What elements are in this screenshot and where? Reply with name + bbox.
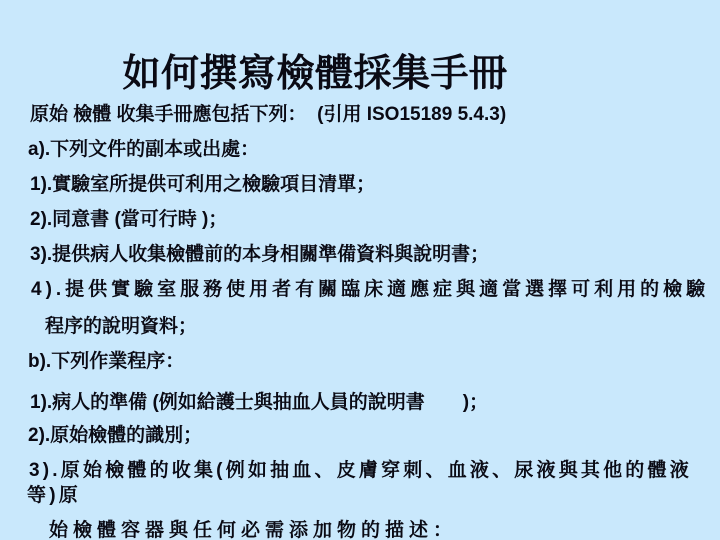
body-line-b3: 3).原始檢體的收集(例如抽血、皮膚穿刺、血液、尿液與其他的體液 xyxy=(29,459,692,483)
body-line-b3-wrap: 等)原 xyxy=(27,484,81,508)
slide-title: 如何撰寫檢體採集手冊 xyxy=(0,42,630,97)
body-line-b3-cont-clipped: 始檢體容器與任何必需添加物的描述： xyxy=(49,519,457,540)
body-line-a: a).下列文件的副本或出處： xyxy=(28,138,259,162)
body-line-a4-cont: 程序的說明資料； xyxy=(45,315,197,339)
presentation-slide: 如何撰寫檢體採集手冊 原始 檢體 收集手冊應包括下列： (引用 ISO15189… xyxy=(0,0,720,540)
body-line-b2: 2).原始檢體的識別； xyxy=(28,424,202,448)
body-line-a2: 2).同意書 (當可行時 )； xyxy=(30,208,227,232)
body-line-a3: 3).提供病人收集檢體前的本身相關準備資料與說明書； xyxy=(30,243,489,267)
body-line-b: b).下列作業程序： xyxy=(28,350,184,374)
body-line-a1: 1).實驗室所提供可利用之檢驗項目清單； xyxy=(30,173,375,197)
body-line-b1: 1).病人的準備 (例如給護士與抽血人員的說明書 )； xyxy=(30,391,488,415)
body-line-a4: 4).提供實驗室服務使用者有關臨床適應症與適當選擇可利用的檢驗 xyxy=(31,278,709,302)
body-line-intro: 原始 檢體 收集手冊應包括下列： (引用 ISO15189 5.4.3) xyxy=(30,103,506,127)
